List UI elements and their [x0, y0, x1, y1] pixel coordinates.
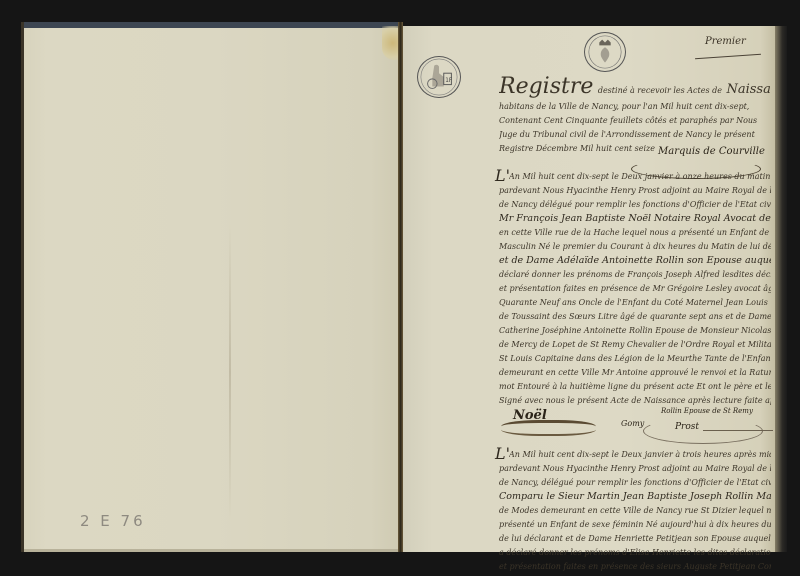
header-line: Registre Décembre Mil huit cent seize [499, 144, 659, 153]
svg-text:1F: 1F [445, 78, 452, 84]
entry-line: Signé avec nous le présent Acte de Naiss… [499, 396, 771, 405]
fiscal-seal-stamp-icon: 1F [417, 56, 461, 98]
shelfmark: 2 E 76 [80, 512, 146, 530]
scanned-register-spread: 2 E 76 1F Premier Registre d [0, 0, 800, 576]
entry-line: en cette Ville rue de la Hache lequel no… [499, 228, 771, 237]
entry-line: de Toussaint des Sœurs Litre âgé de quar… [499, 312, 771, 321]
entry-line: demeurant en cette Ville Mr Antoine appr… [499, 368, 771, 377]
register-title: Registre destiné à recevoir les Actes de… [499, 74, 771, 99]
header-line: Contenant Cent Cinquante feuillets côtés… [499, 116, 771, 125]
folio-underline [695, 54, 761, 60]
title-big: Naissances [726, 82, 771, 97]
entry-line: pardevant Nous Hyacinthe Henry Prost adj… [499, 464, 771, 473]
entry-line: et de Dame Adélaïde Antoinette Rollin so… [499, 255, 771, 266]
entry-line: présenté un Enfant de sexe féminin Né au… [499, 520, 771, 529]
entry-line: mot Entouré à la huitième ligne du prése… [499, 382, 771, 391]
signature-flourish [643, 418, 763, 444]
entry-line: de Modes demeurant en cette Ville de Nan… [499, 506, 771, 515]
entry-line: An Mil huit cent dix-sept le Deux janvie… [509, 172, 771, 181]
signature-flourish [501, 420, 596, 436]
page-edge [775, 26, 787, 552]
witness-signature: Gomy [621, 419, 644, 428]
left-page-endpaper: 2 E 76 [21, 22, 400, 552]
right-page-register: 1F Premier Registre destiné à recevoir l… [403, 26, 775, 552]
entry-line: pardevant Nous Hyacinthe Henry Prost adj… [499, 186, 771, 195]
entry-line: et présentation faites en présence de Mr… [499, 284, 771, 293]
entry-line: Quarante Neuf ans Oncle de l'Enfant du C… [499, 298, 771, 307]
entry-line: de Nancy, délégué pour remplir les fonct… [499, 478, 771, 487]
entry-separator [703, 430, 773, 431]
judge-signature: Marquis de Courville [658, 146, 765, 157]
royal-seal-stamp-icon [584, 32, 626, 72]
title-rest: destiné à recevoir les Actes de [598, 86, 722, 95]
header-line: Juge du Tribunal civil de l'Arrondisseme… [499, 130, 771, 139]
entry-line: Catherine Joséphine Antoinette Rollin Ep… [499, 326, 771, 335]
cover-edge-band [24, 22, 400, 28]
entry-line: de Nancy délégué pour remplir les foncti… [499, 200, 771, 209]
entry-line: et présentation faites en présence des s… [499, 562, 771, 571]
witness-signature: Rollin Epouse de St Remy [661, 407, 753, 415]
entry-line: a déclaré donner les prénoms d'Elisa Hen… [499, 548, 771, 557]
folio-label: Premier [705, 36, 746, 47]
entry-initial: L' [495, 444, 510, 463]
paper-crease [229, 222, 231, 522]
entry-initial: L' [495, 166, 510, 185]
entry-line: Mr François Jean Baptiste Noël Notaire R… [499, 213, 771, 224]
entry-line: Comparu le Sieur Martin Jean Baptiste Jo… [499, 491, 771, 502]
entry-line: déclaré donner les prénoms de François J… [499, 270, 771, 279]
entry-line: de Mercy de Lopet de St Remy Chevalier d… [499, 340, 771, 349]
title-word: Registre [499, 74, 593, 99]
entry-line: An Mil huit cent dix-sept le Deux janvie… [509, 450, 771, 459]
header-line: habitans de la Ville de Nancy, pour l'an… [499, 102, 771, 111]
entry-line: de lui déclarant et de Dame Henriette Pe… [499, 534, 771, 543]
entry-line: Masculin Né le premier du Courant à dix … [499, 242, 771, 251]
entry-line: St Louis Capitaine dans des Légion de la… [499, 354, 771, 363]
